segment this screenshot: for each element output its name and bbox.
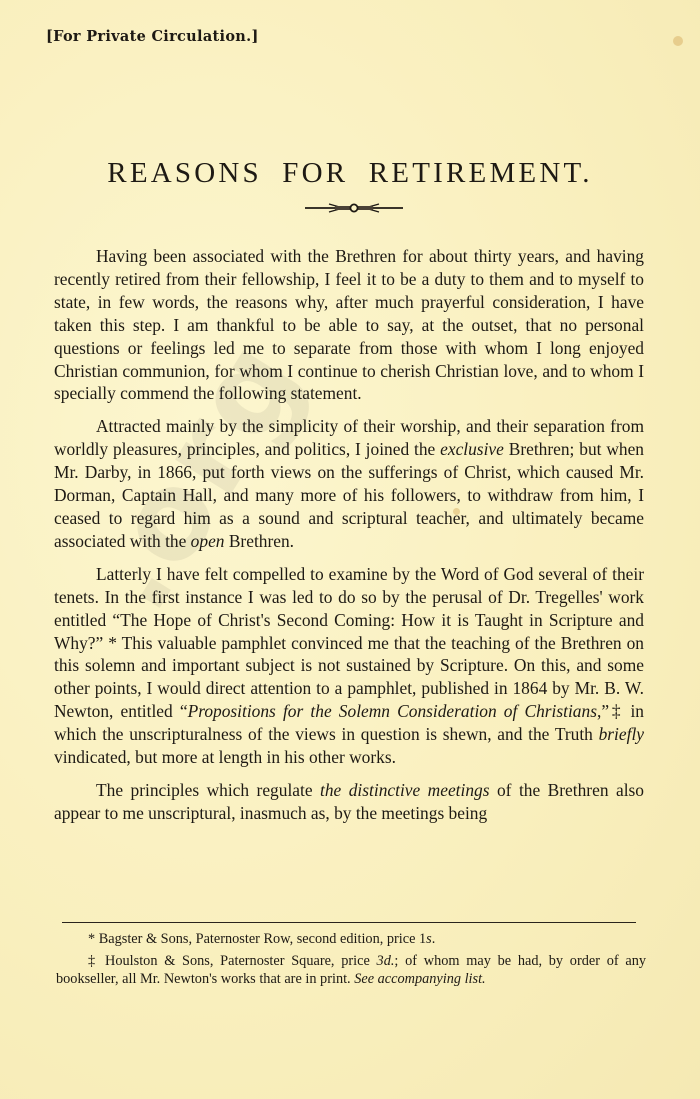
paragraph: The principles which regulate the distin… — [54, 779, 644, 825]
italic-text: See accompanying list. — [354, 971, 485, 987]
body-text: Having been associated with the Brethren… — [54, 245, 644, 835]
private-circulation-note: [For Private Circulation.] — [46, 28, 259, 45]
text-run: The principles which regulate — [96, 780, 320, 800]
text-run: Having been associated with the Brethren… — [54, 246, 644, 403]
footnotes: * Bagster & Sons, Paternoster Row, secon… — [56, 930, 646, 992]
italic-text: 3d. — [377, 953, 395, 969]
paragraph: Having been associated with the Brethren… — [54, 245, 644, 405]
text-run: ‡ Houlston & Sons, Paternoster Square, p… — [88, 953, 377, 969]
italic-text: the distinctive meetings — [320, 780, 490, 800]
italic-text: Propositions for the Solemn Consideratio… — [188, 701, 597, 721]
footnote: * Bagster & Sons, Paternoster Row, secon… — [56, 930, 646, 948]
text-run: * Bagster & Sons, Paternoster Row, secon… — [88, 931, 426, 947]
italic-text: briefly — [599, 724, 644, 744]
text-run: Latterly I have felt compelled to examin… — [54, 564, 644, 721]
paragraph: Attracted mainly by the simplicity of th… — [54, 415, 644, 552]
footnote-divider — [62, 922, 636, 923]
text-run: . — [432, 931, 436, 947]
text-run: Brethren. — [224, 531, 294, 551]
text-run: vindicated, but more at length in his ot… — [54, 747, 396, 767]
footnote: ‡ Houlston & Sons, Paternoster Square, p… — [56, 952, 646, 988]
paper-stain — [673, 36, 683, 46]
decorative-rule-ornament-icon — [305, 201, 403, 215]
italic-text: open — [191, 531, 225, 551]
page-title: REASONS FOR RETIREMENT. — [0, 157, 700, 190]
paragraph: Latterly I have felt compelled to examin… — [54, 563, 644, 769]
italic-text: exclusive — [440, 439, 504, 459]
